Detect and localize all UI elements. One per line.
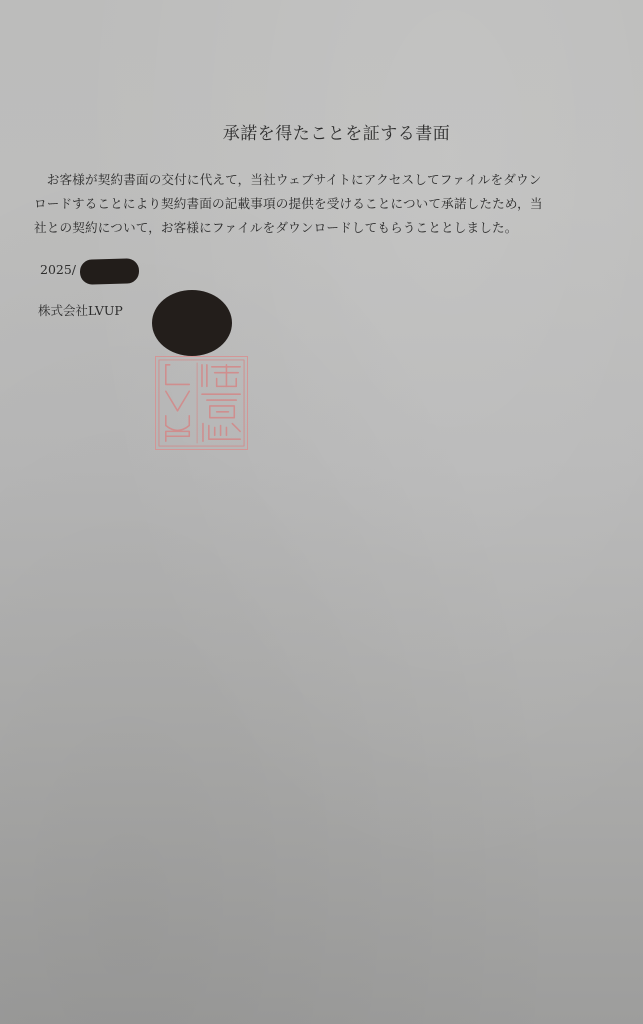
- document-body: お客様が契約書面の交付に代えて，当社ウェブサイトにアクセスしてファイルをダウン …: [34, 168, 610, 240]
- body-line-1: お客様が契約書面の交付に代えて，当社ウェブサイトにアクセスしてファイルをダウン: [34, 168, 610, 192]
- date-text: 2025/: [40, 262, 76, 277]
- body-line-2: ロードすることにより契約書面の記載事項の提供を受けることについて承諾したため，当: [34, 192, 610, 216]
- seal-icon: [156, 357, 247, 449]
- company-seal-stamp: [155, 356, 248, 450]
- company-name: 株式会社LVUP: [38, 301, 123, 319]
- paper-sheet: 承諾を得たことを証する書面 お客様が契約書面の交付に代えて，当社ウェブサイトにア…: [0, 0, 643, 1024]
- document-title: 承諾を得たことを証する書面: [0, 119, 643, 144]
- name-redaction-mark: [152, 290, 232, 356]
- date-redaction-mark: [80, 258, 140, 285]
- body-line-3: 社との契約について，お客様にファイルをダウンロードしてもらうこととしました。: [34, 216, 610, 240]
